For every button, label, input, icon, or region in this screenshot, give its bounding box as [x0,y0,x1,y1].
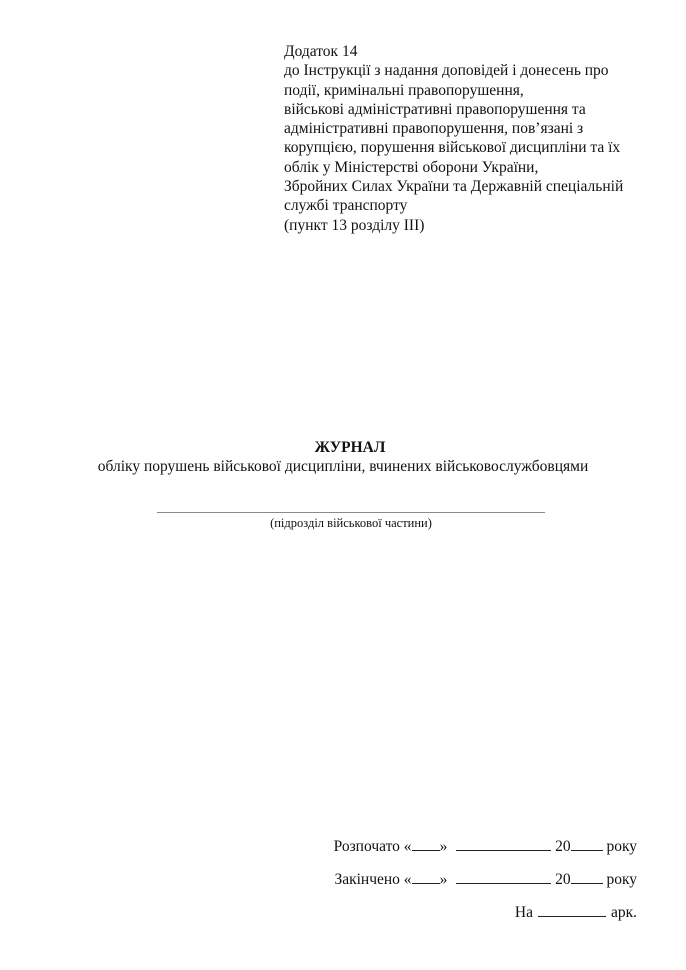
appendix-header: Додаток 14 до Інструкції з надання допов… [284,42,679,235]
ended-day-blank [412,869,440,884]
sheets-row: Наарк. [334,902,637,935]
unit-caption: (підрозділ військової частини) [157,515,545,531]
document-page: Додаток 14 до Інструкції з надання допов… [0,0,686,970]
quote-close: » [440,871,448,888]
ended-year-blank [571,869,603,884]
quote-close: » [440,838,448,855]
ended-row: Закінчено «» 20 року [334,869,637,902]
appendix-line: адміністративні правопорушення, пов’язан… [284,119,679,138]
started-month-blank [456,836,551,851]
appendix-line: до Інструкції з надання доповідей і доне… [284,61,679,80]
sheets-blank [538,902,606,917]
appendix-line: корупцією, порушення військової дисциплі… [284,138,679,157]
started-day-blank [412,836,440,851]
year-prefix: 20 [555,871,571,888]
year-suffix: року [606,871,637,888]
year-prefix: 20 [555,838,571,855]
dates-block: Розпочато «» 20 року Закінчено «» 20 рок… [334,836,637,935]
sheets-prefix: На [515,904,533,921]
year-suffix: року [606,838,637,855]
journal-title: ЖУРНАЛ [14,438,686,457]
appendix-number: Додаток 14 [284,42,679,61]
unit-fill-line [157,512,545,513]
appendix-reference: (пункт 13 розділу ІІІ) [284,216,679,235]
appendix-line: військові адміністративні правопорушення… [284,100,679,119]
journal-subtitle: обліку порушень військової дисципліни, в… [0,457,686,476]
appendix-line: облік у Міністерстві оборони України, [284,158,679,177]
ended-month-blank [456,869,551,884]
appendix-line: події, кримінальні правопорушення, [284,81,679,100]
ended-label: Закінчено « [334,871,411,888]
started-row: Розпочато «» 20 року [334,836,637,869]
started-year-blank [571,836,603,851]
sheets-suffix: арк. [611,904,637,921]
journal-title-block: ЖУРНАЛ обліку порушень військової дисцип… [0,438,686,476]
started-label: Розпочато « [334,838,412,855]
appendix-line: Збройних Силах України та Державній спец… [284,177,679,196]
appendix-line: службі транспорту [284,196,679,215]
